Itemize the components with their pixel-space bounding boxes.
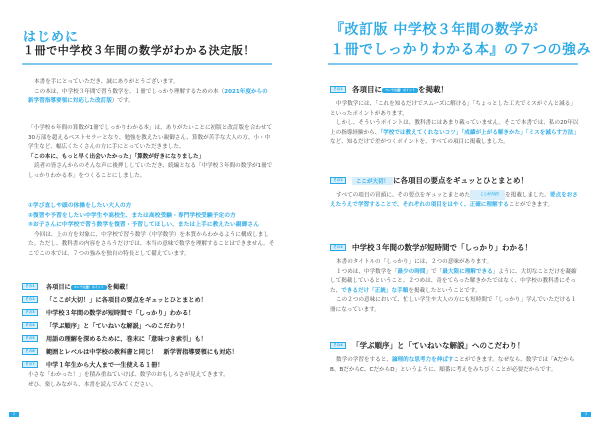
section-3-heading: その3 中学校３年間の数学が短時間で「しっかり」わかる！ — [330, 242, 532, 253]
section-1-body: 中学数学には、「これを知るだけでスムーズに解ける」「ちょっとした工夫でミスがぐん… — [330, 100, 580, 148]
strength-item: その6 範囲とレベルは中学校の教科書と同じ！ 新学習指導要領にも対応！ — [22, 345, 238, 358]
strength-item: その5 用語の理解を深めるために、巻末に「意味つき索引」も！ — [22, 332, 238, 345]
section-2-heading: その2 ここが大切！ に各項目の要点をギュッとひとまとめ！ — [330, 175, 528, 186]
section-3-body: 本書のタイトルの「しっかり」には、２つの意味があります。 １つめは、中学数学を「… — [330, 258, 580, 316]
audience-item: ③お子さんに中学校で習う数学を復習・予習してほしい、または上手に教えたい親御さん — [28, 221, 278, 231]
strength-badge: その3 — [22, 309, 38, 316]
section-4-body: 数学の学習をすると、論理的な思考力を伸ばすことができます。なぜなら、数学では「A… — [330, 356, 580, 375]
right-page: 『改訂版 中学校３年間の数学が １冊でしっかりわかる本』の７つの強み その1 各… — [300, 0, 600, 425]
closing-line-1: 小さな「わかった！」を積み重ねていけば、数学のおもしろさが見えてきます。 — [28, 370, 229, 380]
audience-block: ①学び直しや頭の体操をしたい大人の方 ②復習や予習をしたい中学生や高校生、または… — [28, 202, 278, 259]
page-title: 『改訂版 中学校３年間の数学が １冊でしっかりわかる本』の７つの強み — [330, 20, 591, 60]
page-number: 2 — [9, 412, 19, 417]
section-4-heading: その4 「学ぶ順序」と「ていねいな解説」へのこだわり！ — [330, 340, 525, 351]
point-tag: コレで完璧！ポイント — [71, 285, 107, 290]
closing-block: 小さな「わかった！」を積み重ねていけば、数学のおもしろさが見えてきます。 ぜひ、… — [28, 370, 229, 390]
point-tag: コレで完璧！ポイント — [382, 88, 418, 93]
strength-item: その2 「ここが大切！」に各項目の要点をギュッとひとまとめ！ — [22, 293, 238, 306]
page-number: 3 — [581, 412, 591, 417]
book-spread: はじめに １冊で中学校３年間の数学がわかる決定版！ 本書を手にとっていただき、誠… — [0, 0, 600, 425]
intro-block: 本書を手にとっていただき、誠にありがとうございます。 この本は、中学校３年間で習… — [28, 78, 273, 107]
strength-badge: その1 — [330, 86, 346, 93]
background-para: 「小学校６年間の算数が1冊でしっかりわかる本」は、ありがたいことに初版と改訂版を… — [28, 124, 273, 153]
heading-rule — [328, 63, 578, 65]
intro-para-2: この本は、中学校３年間で習う数学を、１冊でしっかり理解するための本（2021年度… — [28, 88, 273, 107]
strength-badge: その4 — [330, 342, 346, 349]
strength-badge: その2 — [22, 296, 38, 303]
section-1-heading: その1 各項目にコレで完璧！ポイントを掲載！ — [330, 84, 448, 95]
strength-badge: その5 — [22, 335, 38, 342]
audience-item: ②復習や予習をしたい中学生や高校生、または高校受験・専門学校受験予定の方 — [28, 212, 278, 222]
strength-item: その3 中学校３年間の数学が短時間で「しっかり」わかる！ — [22, 306, 238, 319]
sequel-para: 読者の皆さんからのそんな声に後押ししていただき、続編となる「中学校３年間の数学が… — [28, 162, 273, 181]
strength-badge: その6 — [22, 348, 38, 355]
reader-quote: 「この本に、もっと早く出会いたかった」「算数が好きになりました」 — [28, 153, 273, 163]
left-page: はじめに １冊で中学校３年間の数学がわかる決定版！ 本書を手にとっていただき、誠… — [0, 0, 300, 425]
page-subheading: １冊で中学校３年間の数学がわかる決定版！ — [23, 42, 255, 58]
intro-para-1: 本書を手にとっていただき、誠にありがとうございます。 — [28, 78, 273, 88]
closing-line-2: ぜひ、楽しみながら、本書を読んでみてください。 — [28, 380, 229, 390]
structure-para: 今回は、上の方を対象に、中学校で習う数学（中学数学）を本質からわかるように構成し… — [28, 231, 278, 260]
strength-badge: その4 — [22, 322, 38, 329]
strength-badge: その1 — [22, 283, 38, 290]
strength-item: その4 「学ぶ順序」と「ていねいな解説」へのこだわり！ — [22, 319, 238, 332]
strength-badge: その3 — [330, 244, 346, 251]
strength-badge: その2 — [330, 177, 346, 184]
strength-badge: その7 — [22, 361, 38, 368]
background-block: 「小学校６年間の算数が1冊でしっかりわかる本」は、ありがたいことに初版と改訂版を… — [28, 124, 273, 182]
strengths-list: その1 各項目にコレで完璧！ポイントを掲載！ その2 「ここが大切！」に各項目の… — [22, 280, 238, 371]
strength-item: その1 各項目にコレで完璧！ポイントを掲載！ — [22, 280, 238, 293]
audience-item: ①学び直しや頭の体操をしたい大人の方 — [28, 202, 278, 212]
section-2-body: すべての項目の冒頭に、その要点をギュッとまとめたここが大切！を掲載しました。要点… — [330, 190, 580, 210]
heading-rule — [22, 63, 272, 65]
important-tag: ここが大切！ — [352, 177, 393, 185]
